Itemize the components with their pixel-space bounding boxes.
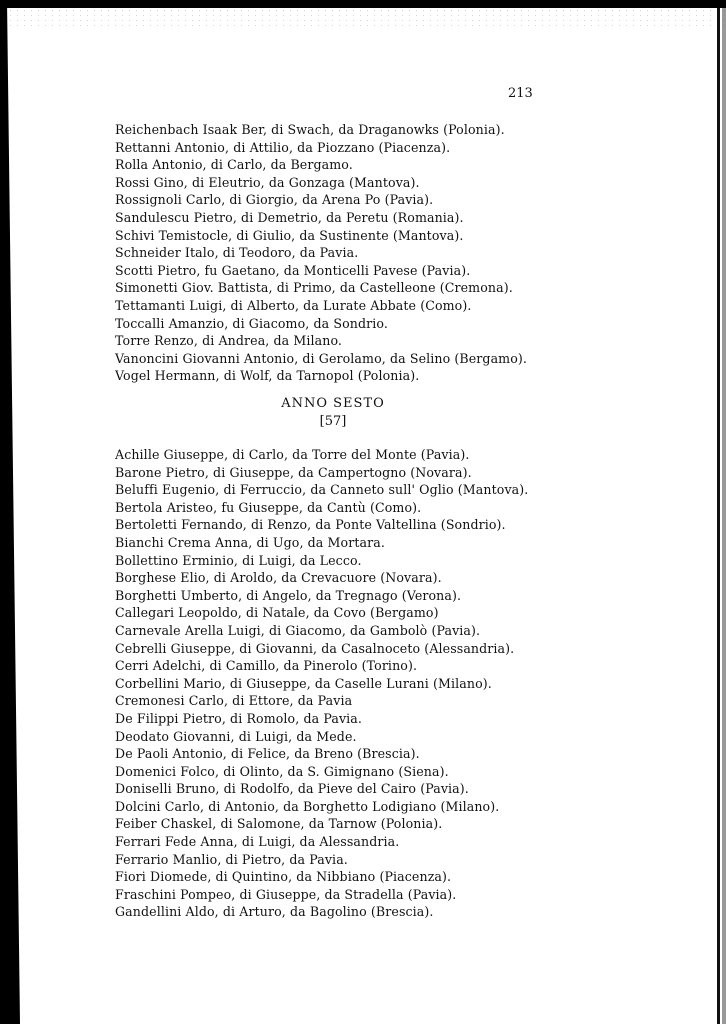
scan-binding-shadow bbox=[0, 0, 20, 1024]
list-item: Doniselli Bruno, di Rodolfo, da Pieve de… bbox=[115, 780, 528, 798]
list-item: Bianchi Crema Anna, di Ugo, da Mortara. bbox=[115, 534, 528, 552]
list-item: Cerri Adelchi, di Camillo, da Pinerolo (… bbox=[115, 657, 528, 675]
list-item: Reichenbach Isaak Ber, di Swach, da Drag… bbox=[115, 121, 527, 139]
page-number: 213 bbox=[508, 86, 533, 101]
list-item: Vanoncini Giovanni Antonio, di Gerolamo,… bbox=[115, 350, 527, 368]
list-item: Corbellini Mario, di Giuseppe, da Casell… bbox=[115, 675, 528, 693]
list-item: Cremonesi Carlo, di Ettore, da Pavia bbox=[115, 692, 528, 710]
list-item: Schneider Italo, di Teodoro, da Pavia. bbox=[115, 244, 527, 262]
student-list-anno-sesto: Achille Giuseppe, di Carlo, da Torre del… bbox=[115, 446, 528, 921]
list-item: Carnevale Arella Luigi, di Giacomo, da G… bbox=[115, 622, 528, 640]
list-item: Bollettino Erminio, di Luigi, da Lecco. bbox=[115, 552, 528, 570]
list-item: Vogel Hermann, di Wolf, da Tarnopol (Pol… bbox=[115, 367, 527, 385]
list-item: Domenici Folco, di Olinto, da S. Gimigna… bbox=[115, 763, 528, 781]
list-item: Sandulescu Pietro, di Demetrio, da Peret… bbox=[115, 209, 527, 227]
list-item: Rettanni Antonio, di Attilio, da Piozzan… bbox=[115, 139, 527, 157]
list-item: Borghese Elio, di Aroldo, da Crevacuore … bbox=[115, 569, 528, 587]
list-item: Cebrelli Giuseppe, di Giovanni, da Casal… bbox=[115, 640, 528, 658]
list-item: Simonetti Giov. Battista, di Primo, da C… bbox=[115, 279, 527, 297]
list-item: Deodato Giovanni, di Luigi, da Mede. bbox=[115, 728, 528, 746]
list-item: Beluffi Eugenio, di Ferruccio, da Cannet… bbox=[115, 481, 528, 499]
section-title: ANNO SESTO bbox=[0, 396, 666, 411]
list-item: Achille Giuseppe, di Carlo, da Torre del… bbox=[115, 446, 528, 464]
list-item: Toccalli Amanzio, di Giacomo, da Sondrio… bbox=[115, 315, 527, 333]
list-item: Barone Pietro, di Giuseppe, da Campertog… bbox=[115, 464, 528, 482]
list-item: Scotti Pietro, fu Gaetano, da Monticelli… bbox=[115, 262, 527, 280]
list-item: Ferrario Manlio, di Pietro, da Pavia. bbox=[115, 851, 528, 869]
scan-top-border bbox=[0, 0, 726, 8]
scan-right-edge bbox=[717, 8, 720, 1024]
list-item: Dolcini Carlo, di Antonio, da Borghetto … bbox=[115, 798, 528, 816]
list-item: Bertola Aristeo, fu Giuseppe, da Cantù (… bbox=[115, 499, 528, 517]
list-item: Ferrari Fede Anna, di Luigi, da Alessand… bbox=[115, 833, 528, 851]
list-item: Tettamanti Luigi, di Alberto, da Lurate … bbox=[115, 297, 527, 315]
list-item: Gandellini Aldo, di Arturo, da Bagolino … bbox=[115, 903, 528, 921]
list-item: Callegari Leopoldo, di Natale, da Covo (… bbox=[115, 604, 528, 622]
list-item: Schivi Temistocle, di Giulio, da Sustine… bbox=[115, 227, 527, 245]
list-item: Fiori Diomede, di Quintino, da Nibbiano … bbox=[115, 868, 528, 886]
list-item: Feiber Chaskel, di Salomone, da Tarnow (… bbox=[115, 815, 528, 833]
student-list-previous-year: Reichenbach Isaak Ber, di Swach, da Drag… bbox=[115, 121, 527, 385]
list-item: Fraschini Pompeo, di Giuseppe, da Strade… bbox=[115, 886, 528, 904]
list-item: Bertoletti Fernando, di Renzo, da Ponte … bbox=[115, 516, 528, 534]
list-item: Rossi Gino, di Eleutrio, da Gonzaga (Man… bbox=[115, 174, 527, 192]
scan-noise bbox=[0, 8, 726, 30]
list-item: Rossignoli Carlo, di Giorgio, da Arena P… bbox=[115, 191, 527, 209]
list-item: Borghetti Umberto, di Angelo, da Tregnag… bbox=[115, 587, 528, 605]
list-item: Rolla Antonio, di Carlo, da Bergamo. bbox=[115, 156, 527, 174]
list-item: De Filippi Pietro, di Romolo, da Pavia. bbox=[115, 710, 528, 728]
scan-right-edge-shadow bbox=[722, 8, 726, 1024]
list-item: Torre Renzo, di Andrea, da Milano. bbox=[115, 332, 527, 350]
section-count: [57] bbox=[0, 414, 666, 429]
list-item: De Paoli Antonio, di Felice, da Breno (B… bbox=[115, 745, 528, 763]
